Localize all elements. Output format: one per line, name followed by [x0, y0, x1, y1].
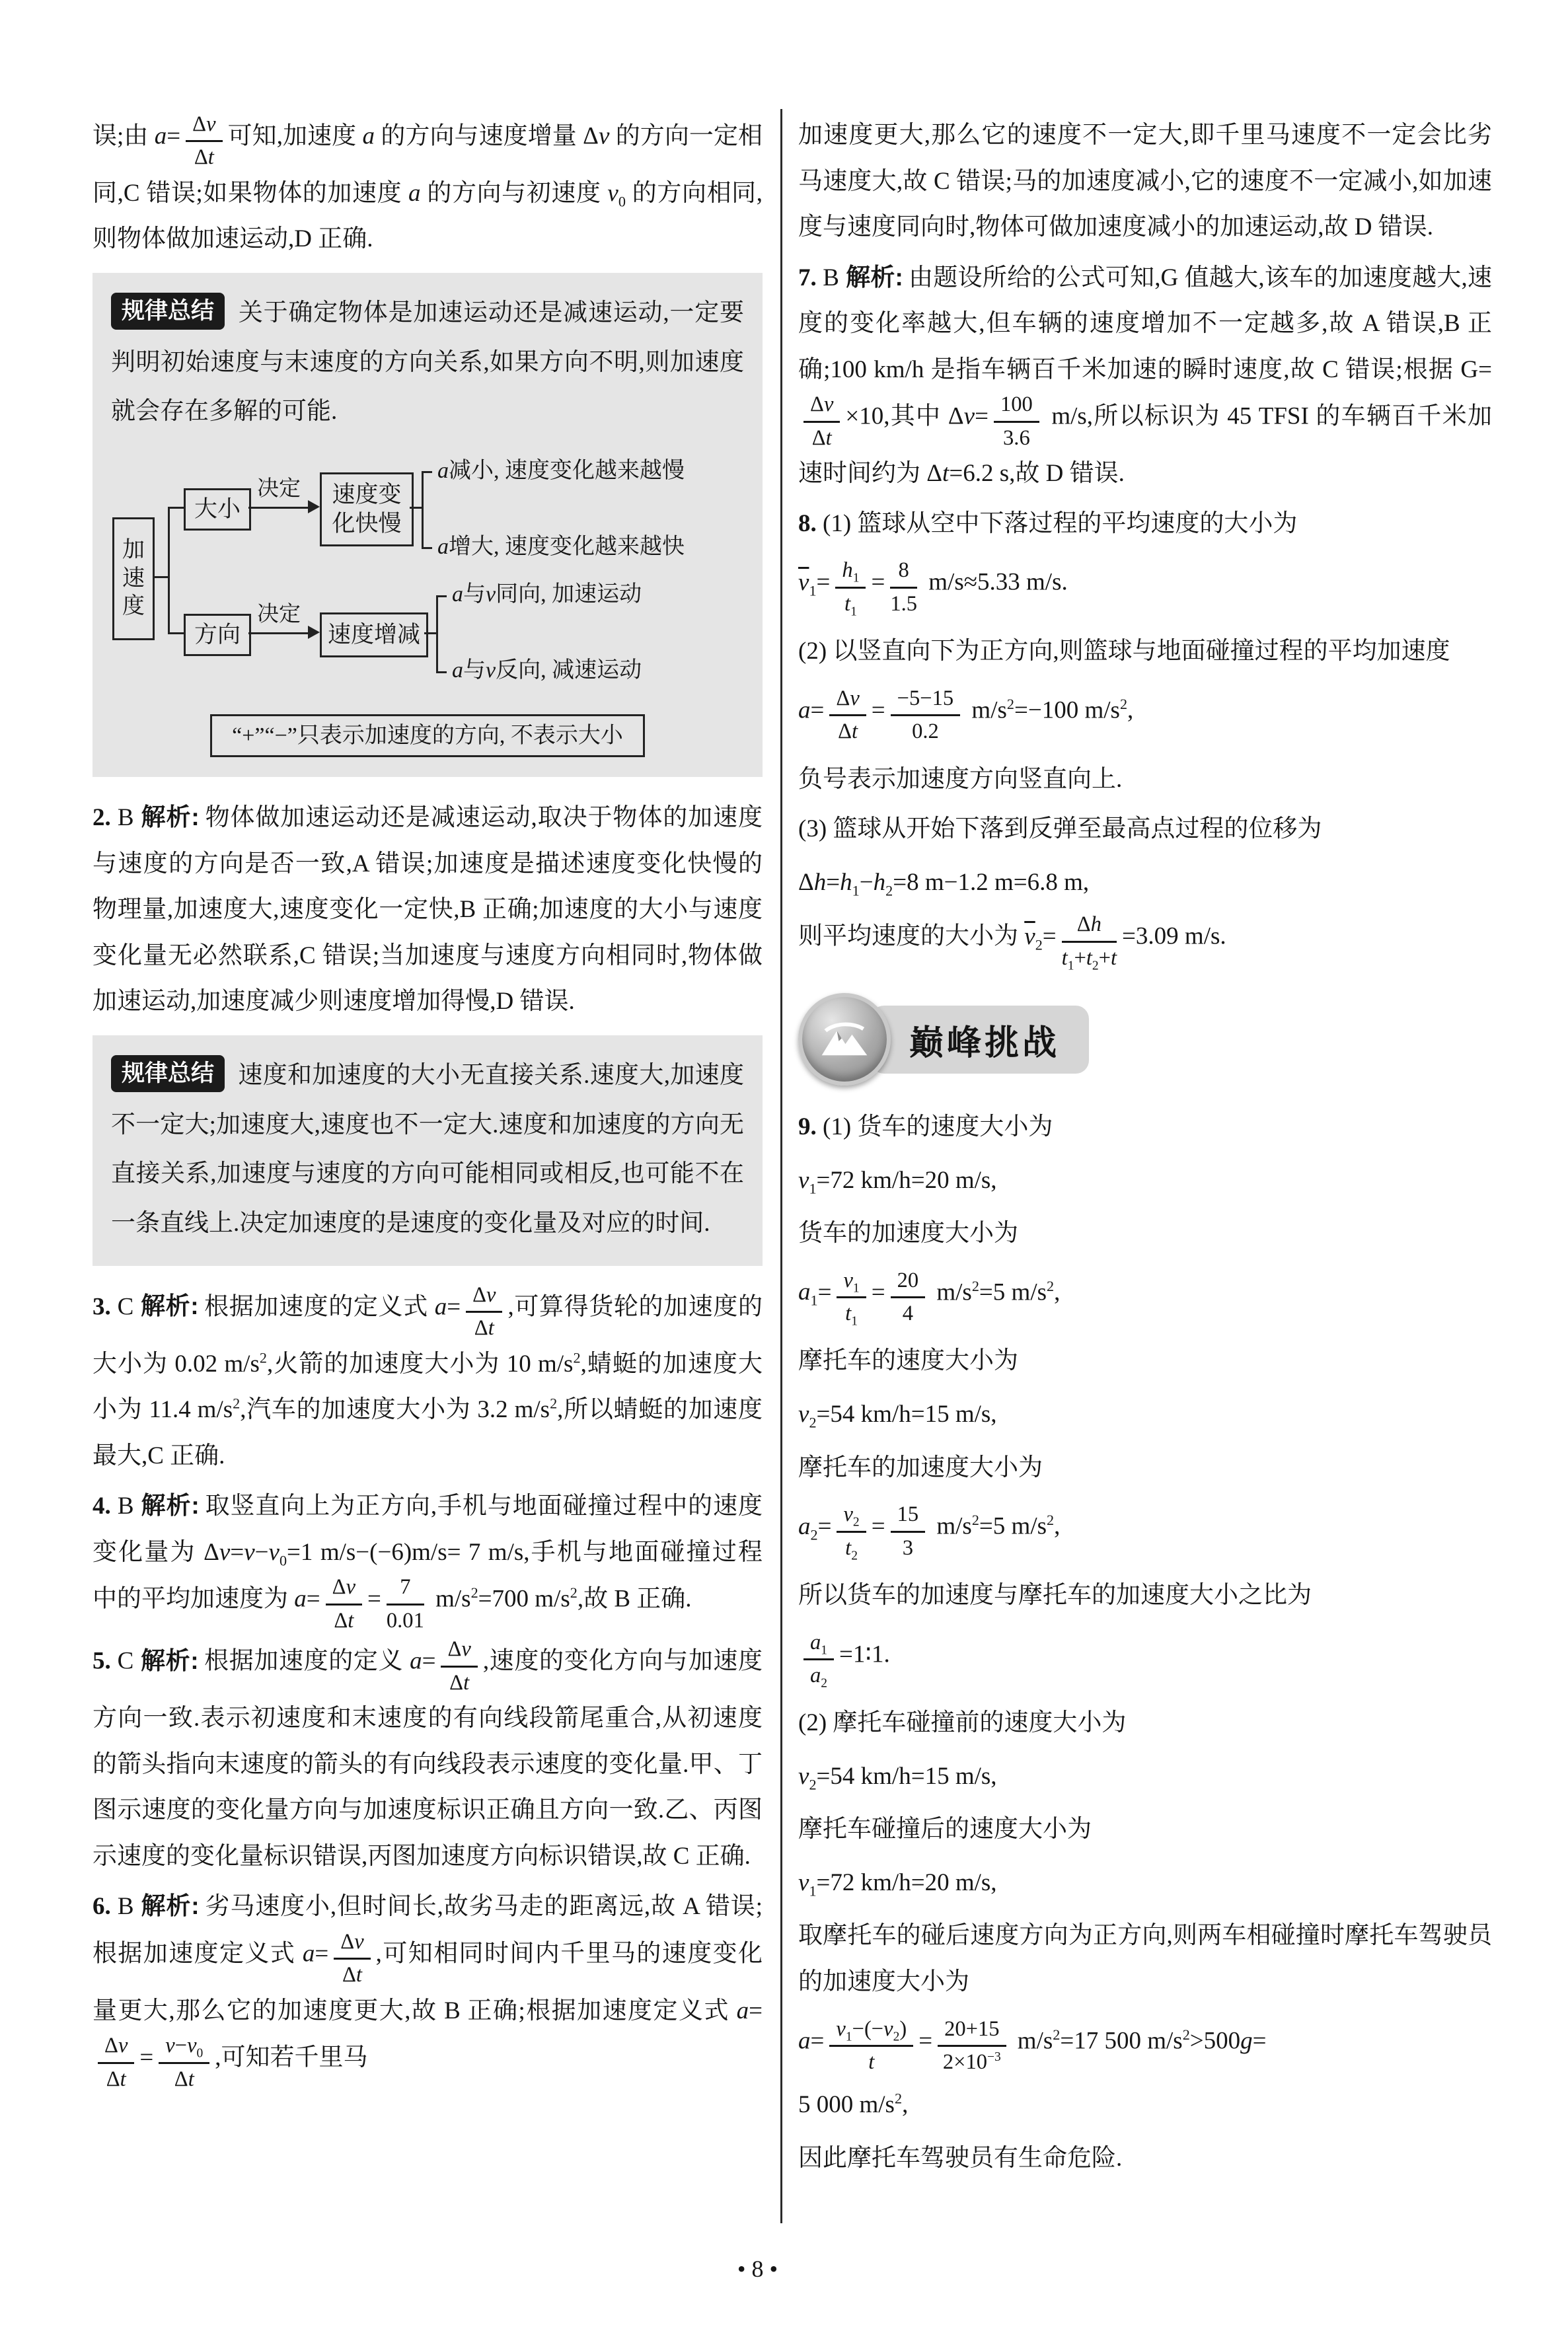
left-column: 误;由 a=ΔvΔt可知,加速度 a 的方向与速度增量 Δv 的方向一定相同,C…	[93, 112, 763, 2096]
text-run: m/s	[429, 1586, 471, 1613]
text-run: Δ	[447, 1637, 461, 1661]
superscript: 2	[1047, 1278, 1054, 1294]
connector-line	[422, 547, 432, 549]
text-run: a	[363, 123, 375, 150]
fraction: v1t1	[837, 1269, 866, 1327]
text-run: (3) 篮球从开始下落到反弹至最高点过程的位移为	[798, 815, 1322, 842]
text-run: 5 000 m/s	[798, 2091, 895, 2118]
text-run: 根据加速度的定义	[204, 1648, 410, 1675]
text-run: 反向, 减速运动	[496, 658, 642, 683]
solution-item-8-part3: (3) 篮球从开始下落到反弹至最高点过程的位移为	[798, 806, 1492, 852]
mountain-icon	[798, 993, 891, 1086]
text-run: Δ	[810, 392, 824, 416]
text-run: Δ	[340, 1930, 354, 1954]
text-run: =	[872, 696, 885, 723]
text-run: t	[188, 2067, 194, 2091]
analysis-label: 解析:	[141, 1492, 200, 1519]
text-run: 根据加速度的定义式	[204, 1293, 435, 1320]
text-run: =54 km/h=15 m/s,	[817, 1401, 997, 1428]
superscript: 2	[895, 2090, 902, 2107]
superscript: 2	[972, 1512, 979, 1528]
fraction: 20+152×10−3	[938, 2017, 1006, 2075]
text-run: Δ	[194, 145, 208, 169]
text-run: Δ	[342, 1963, 356, 1987]
paragraph: 摩托车碰撞后的速度大小为	[798, 1806, 1492, 1853]
text-run: v	[118, 2034, 128, 2057]
diagram-root-node: 加 速 度	[112, 517, 155, 640]
diagram-condition-node: 大小	[184, 488, 251, 531]
variable: t1	[845, 1302, 858, 1325]
equation: a2=v2t2=153 m/s2=5 m/s2,	[798, 1502, 1492, 1561]
paragraph: 摩托车的加速度大小为	[798, 1445, 1492, 1491]
text-run: (1) 篮球从空中下落过程的平均速度的大小为	[817, 510, 1298, 537]
paragraph: 因此摩托车驾驶员有生命危险.	[798, 2135, 1492, 2182]
diagram-result-node: 速度变 化快慢	[320, 472, 414, 546]
text-run: −	[175, 2034, 187, 2057]
fraction: ΔvΔt	[829, 686, 866, 745]
diagram-outcome: a与v同向, 加速运动	[452, 580, 642, 609]
text-run: =700 m/s	[478, 1586, 570, 1613]
text-run: v	[244, 1539, 254, 1566]
variable: a1	[798, 1278, 818, 1306]
fraction: ΔvΔt	[334, 1930, 370, 1988]
text-run: a	[410, 1648, 422, 1675]
text-run: =	[872, 1278, 885, 1306]
text-run: −	[860, 869, 874, 896]
text-run: v	[486, 658, 496, 683]
text-run: =	[818, 1278, 832, 1306]
diagram-condition-node: 方向	[184, 614, 251, 656]
equation: v1=h1t1=81.5 m/s≈5.33 m/s.	[798, 558, 1492, 616]
text-run: t	[1111, 946, 1117, 970]
superscript: 2	[972, 1278, 979, 1294]
text-run: 0.2	[912, 720, 939, 743]
text-run: ,速度的变化方向与加速度方向一致.表示初速度和末速度的有向线段箭尾重合,从初速度…	[93, 1648, 763, 1870]
text-run: =6.2 s,故 D 错误.	[949, 460, 1125, 487]
text-run: h	[814, 869, 827, 896]
text-run: a	[437, 459, 449, 483]
paragraph: 摩托车的速度大小为	[798, 1338, 1492, 1384]
equation: a1a2=1∶1.	[798, 1631, 1492, 1689]
analysis-label: 解析:	[846, 264, 903, 291]
text-run: (1) 货车的速度大小为	[817, 1113, 1053, 1140]
text-run: =	[1043, 923, 1057, 950]
text-run: −5−15	[897, 686, 954, 710]
variable: a2	[810, 1664, 827, 1687]
equation: a=ΔvΔt=−5−150.2 m/s2=−100 m/s2,	[798, 686, 1492, 745]
text-run: a	[798, 2027, 811, 2054]
text-run: C	[111, 1293, 134, 1320]
equation: a=v1−(−v2)t=20+152×10−3 m/s2=17 500 m/s2…	[798, 2017, 1492, 2075]
text-run: 8.	[798, 510, 817, 537]
variable: t1	[1062, 946, 1074, 970]
text-run: Δ	[474, 1316, 488, 1340]
text-run: a	[294, 1586, 307, 1613]
variable: t2	[1086, 946, 1099, 970]
fraction: v1−(−v2)t	[829, 2017, 913, 2075]
connector-line	[168, 507, 170, 634]
superscript: 2	[573, 1349, 580, 1366]
fraction: ΔvΔt	[466, 1283, 502, 1341]
variable: t2	[845, 1536, 858, 1560]
text-run: 15	[897, 1502, 919, 1526]
text-run: =	[872, 1513, 885, 1540]
text-run: m/s	[1012, 2027, 1053, 2054]
text-run: v	[219, 1539, 230, 1566]
text-run: Δ	[334, 1609, 348, 1633]
text-run: =	[307, 1586, 320, 1613]
equation: v2=54 km/h=15 m/s,	[798, 1396, 1492, 1433]
text-run: t	[488, 1316, 494, 1340]
text-run: 7	[400, 1575, 410, 1599]
connector-line	[168, 507, 184, 509]
text-run: =3.09 m/s.	[1122, 923, 1226, 950]
connector-line	[422, 471, 432, 473]
solution-item-9-part1: 9. (1) 货车的速度大小为	[798, 1104, 1492, 1150]
variable: h2	[874, 869, 893, 896]
text-run: 2×10	[943, 2050, 987, 2074]
variable: h1	[842, 558, 859, 582]
variable: v2	[798, 1763, 817, 1790]
superscript: 2	[550, 1395, 557, 1412]
text-run: 3	[903, 1536, 913, 1560]
solution-item-6: 6. B解析:劣马速度小,但时间长,故劣马走的距离远,故 A 错误;根据加速度定…	[93, 1883, 763, 2092]
superscript: −3	[987, 2050, 1001, 2064]
continuation-paragraph: 误;由 a=ΔvΔt可知,加速度 a 的方向与速度增量 Δv 的方向一定相同,C…	[93, 112, 763, 262]
connector-line	[422, 471, 424, 549]
connector-line	[436, 595, 447, 597]
paragraph: 取摩托车的碰后速度方向为正方向,则两车相碰撞时摩托车驾驶员的加速度大小为	[798, 1913, 1492, 2005]
text-run: a	[798, 696, 811, 723]
solution-item-3: 3. C解析:根据加速度的定义式 a=ΔvΔt,可算得货轮的加速度的大小为 0.…	[93, 1283, 763, 1479]
text-run: 4	[903, 1302, 913, 1325]
text-run: −(−	[852, 2017, 884, 2041]
right-column: 加速度更大,那么它的速度不一定大,即千里马速度不一定会比劣马速度大,故 C 错误…	[798, 112, 1492, 2185]
connector-line	[153, 576, 169, 578]
superscript: 2	[1120, 696, 1127, 712]
rule-summary-1: 规律总结关于确定物体是加速运动还是减速运动,一定要判明初始速度与末速度的方向关系…	[93, 273, 763, 777]
fraction: Δht1+t2+t	[1062, 912, 1117, 971]
arrowhead-icon	[308, 500, 320, 513]
fraction: 81.5	[890, 558, 917, 616]
text-run: ,火箭的加速度大小为 10 m/s	[267, 1350, 574, 1378]
text-run: 2.	[93, 804, 111, 831]
text-run: =	[1253, 2027, 1267, 2054]
text-run: Δ	[174, 2067, 188, 2091]
text-run: ,	[1054, 1278, 1060, 1306]
solution-item-4: 4. B解析:取竖直向上为正方向,手机与地面碰撞过程中的速度变化量为 Δv=v−…	[93, 1483, 763, 1633]
text-run: B	[111, 1493, 134, 1520]
arrowhead-icon	[308, 626, 320, 639]
solution-item-5: 5. C解析:根据加速度的定义 a=ΔvΔt,速度的变化方向与加速度方向一致.表…	[93, 1637, 763, 1879]
summary-label: 规律总结	[111, 293, 225, 330]
connector-line	[436, 671, 447, 673]
text-run: g	[1240, 2027, 1253, 2054]
text-run: 摩托车的速度大小为	[798, 1347, 1018, 1374]
page-number: • 8 •	[0, 2255, 1542, 2283]
diagram-result-node: 速度增减	[320, 612, 428, 657]
text-run: ,故 B 正确.	[578, 1586, 692, 1613]
flow-diagram: 加 速 度大小方向速度变 化快慢速度增减决定决定a减小, 速度变化越来越慢a增大…	[111, 455, 744, 694]
variable: h1	[840, 869, 860, 896]
text-run: =17 500 m/s	[1060, 2027, 1182, 2054]
variable: a1	[810, 1631, 827, 1654]
equation: v1=72 km/h=20 m/s,	[798, 1162, 1492, 1199]
variable: a2	[798, 1513, 818, 1540]
text-run: Δ	[1077, 912, 1091, 936]
text-run: t	[852, 720, 858, 743]
variable: v1	[798, 1167, 817, 1194]
equation: v2=54 km/h=15 m/s,	[798, 1758, 1492, 1795]
text-run: >500	[1190, 2027, 1240, 2054]
text-run: =	[826, 869, 840, 896]
variable: t1	[844, 592, 857, 616]
equation: 则平均速度的大小为 v2=Δht1+t2+t=3.09 m/s.	[798, 912, 1492, 971]
text-run: =	[918, 2027, 932, 2054]
text-run: 增大, 速度变化越来越快	[449, 535, 685, 559]
text-run: =	[367, 1586, 381, 1613]
text-run: 8	[899, 558, 909, 582]
text-run: t	[463, 1671, 469, 1695]
text-run: 20	[897, 1269, 919, 1292]
text-run: B	[111, 804, 134, 831]
paragraph: 所以货车的加速度与摩托车的加速度大小之比为	[798, 1572, 1492, 1619]
text-run: 取摩托车的碰后速度方向为正方向,则两车相碰撞时摩托车驾驶员的加速度大小为	[798, 1922, 1492, 1995]
analysis-label: 解析:	[141, 1892, 200, 1919]
fraction: ΔvΔt	[803, 392, 840, 451]
continuation-paragraph: 加速度更大,那么它的速度不一定大,即千里马速度不一定会比劣马速度大,故 C 错误…	[798, 112, 1492, 250]
text-run: v	[850, 686, 859, 710]
text-run: Δ	[798, 869, 814, 896]
text-run: (2) 摩托车碰撞前的速度大小为	[798, 1709, 1126, 1736]
text-run: a	[437, 535, 449, 559]
text-run: v	[461, 1637, 470, 1661]
superscript: 2	[1047, 1512, 1054, 1528]
rule-summary-2: 规律总结速度和加速度的大小无直接关系.速度大,加速度不一定大;加速度大,速度也不…	[93, 1035, 763, 1266]
solution-item-8-part1: 8. (1) 篮球从空中下落过程的平均速度的大小为	[798, 501, 1492, 547]
text-run: Δ	[836, 686, 850, 710]
text-run: Δ	[106, 2067, 120, 2091]
text-run: =	[749, 1997, 763, 2024]
text-run: Δ	[104, 2034, 118, 2057]
text-run: t	[942, 460, 949, 487]
text-run: 3.	[93, 1293, 111, 1320]
text-run: 7.	[798, 264, 817, 291]
arrow-label: 决定	[248, 475, 309, 503]
text-run: (2) 以竖直向下为正方向,则篮球与地面碰撞过程的平均加速度	[798, 638, 1450, 665]
equation: a1=v1t1=204 m/s2=5 m/s2,	[798, 1269, 1492, 1327]
text-run: m/s	[930, 1278, 972, 1306]
diagram-outcome: a减小, 速度变化越来越慢	[437, 457, 685, 486]
text-run: t	[356, 1963, 362, 1987]
fraction: ΔvΔt	[441, 1637, 477, 1695]
text-run: =8 m−1.2 m=6.8 m,	[893, 869, 1089, 896]
superscript: 2	[1183, 2026, 1190, 2043]
text-run: =	[811, 696, 825, 723]
equation: Δh=h1−h2=8 m−1.2 m=6.8 m,	[798, 864, 1492, 901]
text-run: =	[818, 1513, 832, 1540]
text-run: Δ	[472, 1283, 486, 1307]
text-run: 4.	[93, 1493, 111, 1520]
solution-item-7: 7. B解析:由题设所给的公式可知,G 值越大,该车的加速度越大,速度的变化率越…	[798, 254, 1492, 497]
text-run: Δ	[812, 426, 826, 450]
text-run: 的方向与初速度	[421, 180, 608, 207]
connector-line	[436, 595, 438, 673]
text-run: a	[155, 123, 167, 150]
text-run: 1.5	[890, 592, 917, 616]
text-run: “+”“−”只表示加速度的方向, 不表示大小	[232, 723, 623, 748]
text-run: =	[422, 1648, 436, 1675]
diagram-note: “+”“−”只表示加速度的方向, 不表示大小	[210, 714, 645, 757]
diagram-outcome: a与v反向, 减速运动	[452, 656, 642, 685]
fraction: ΔvΔt	[186, 112, 222, 170]
analysis-label: 解析:	[140, 1292, 198, 1319]
text-run: 物体做加速运动还是减速运动,取决于物体的加速度与速度的方向是否一致,A 错误;加…	[93, 804, 763, 1015]
text-run: 20+15	[944, 2017, 999, 2041]
fraction: 153	[891, 1502, 926, 1561]
text-run: 0.01	[387, 1609, 424, 1633]
summary-label: 规律总结	[111, 1055, 225, 1092]
equation: v1=72 km/h=20 m/s,	[798, 1864, 1492, 1901]
superscript: 2	[570, 1585, 578, 1602]
fraction: ΔvΔt	[98, 2034, 134, 2092]
text-run: ,汽车的加速度大小为 3.2 m/s	[240, 1396, 550, 1423]
text-run: v	[486, 1283, 496, 1307]
text-run: 加速度更大,那么它的速度不一定大,即千里马速度不一定会比劣马速度大,故 C 错误…	[798, 122, 1492, 240]
variable: v1	[798, 569, 817, 596]
text-run: 摩托车的加速度大小为	[798, 1454, 1043, 1481]
variable: v1	[798, 1869, 817, 1896]
superscript: 2	[1007, 696, 1014, 712]
text-run: )	[899, 2017, 907, 2041]
text-run: a	[452, 658, 463, 683]
text-run: v	[346, 1575, 355, 1599]
text-run: m/s≈5.33 m/s.	[922, 569, 1068, 596]
text-run: t	[348, 1609, 354, 1633]
text-run: =72 km/h=20 m/s,	[817, 1167, 997, 1194]
badge-title: 巅峰挑战	[871, 1006, 1089, 1074]
fraction: h1t1	[835, 558, 866, 616]
variable: v2	[843, 1502, 859, 1526]
text-run: a	[737, 1997, 749, 2024]
solution-item-2: 2. B解析:物体做加速运动还是减速运动,取决于物体的加速度与速度的方向是否一致…	[93, 794, 763, 1025]
text-run: B	[817, 264, 839, 291]
text-run: 的方向与速度增量 Δ	[375, 123, 599, 150]
text-run: v	[486, 582, 496, 607]
text-run: v	[354, 1930, 363, 1954]
text-run: 负号表示加速度方向竖直向上.	[798, 766, 1122, 793]
paragraph: 负号表示加速度方向竖直向上.	[798, 757, 1492, 803]
text-run: B	[111, 1893, 134, 1920]
text-run: =5 m/s	[979, 1513, 1047, 1540]
variable: v1	[836, 2017, 852, 2041]
text-run: m/s	[965, 696, 1007, 723]
diagram-outcome: a增大, 速度变化越来越快	[437, 533, 685, 562]
text-run: 货车的加速度大小为	[798, 1220, 1018, 1247]
fraction: v2t2	[837, 1502, 866, 1561]
text-run: =	[811, 2027, 825, 2054]
answer-page: 误;由 a=ΔvΔt可知,加速度 a 的方向与速度增量 Δv 的方向一定相同,C…	[0, 0, 1568, 2325]
variable: v0	[269, 1539, 287, 1566]
connector-line	[248, 632, 309, 634]
superscript: 2	[471, 1585, 478, 1602]
paragraph: 货车的加速度大小为	[798, 1210, 1492, 1257]
text-run: Δ	[449, 1671, 463, 1695]
text-run: 所以货车的加速度与摩托车的加速度大小之比为	[798, 1582, 1312, 1609]
text-run: t	[826, 426, 832, 450]
text-run: m/s	[930, 1513, 972, 1540]
solution-item-8-part2: (2) 以竖直向下为正方向,则篮球与地面碰撞过程的平均加速度	[798, 628, 1492, 675]
text-run: t	[208, 145, 214, 169]
text-run: 与	[463, 582, 486, 607]
text-run: =	[139, 2044, 153, 2071]
text-run: ,可知若千里马	[215, 2044, 367, 2071]
variable: v0	[187, 2034, 203, 2057]
fraction: v−v0Δt	[159, 2034, 209, 2092]
text-run: Δ	[838, 720, 852, 743]
text-run: =−100 m/s	[1014, 696, 1120, 723]
variable: v2	[798, 1401, 817, 1428]
text-run: 因此摩托车驾驶员有生命危险.	[798, 2145, 1122, 2172]
text-run: =	[315, 1940, 328, 1967]
text-run: =1∶1.	[839, 1641, 890, 1668]
text-run: −	[255, 1539, 269, 1566]
text-run: a	[452, 582, 463, 607]
text-run: 可知,加速度	[228, 123, 363, 150]
analysis-label: 解析:	[140, 1647, 198, 1674]
connector-line	[168, 632, 184, 634]
text-run: 同向, 加速运动	[496, 582, 642, 607]
superscript: 2	[260, 1349, 267, 1366]
text-run: 5.	[93, 1648, 111, 1675]
fraction: −5−150.2	[891, 686, 961, 745]
text-run: =	[871, 569, 885, 596]
connector-line	[248, 507, 309, 509]
text-run: v	[165, 2034, 174, 2057]
solution-item-9-part2: (2) 摩托车碰撞前的速度大小为	[798, 1700, 1492, 1746]
analysis-label: 解析:	[141, 803, 200, 830]
text-run: v	[964, 403, 975, 430]
variable: v0	[607, 180, 626, 207]
text-run: =54 km/h=15 m/s,	[817, 1763, 997, 1790]
superscript: 2	[1053, 2026, 1060, 2043]
text-run: +	[1074, 946, 1086, 970]
text-run: =5 m/s	[979, 1278, 1047, 1306]
text-run: t	[120, 2067, 126, 2091]
fraction: 70.01	[387, 1575, 424, 1633]
text-run: =	[447, 1293, 461, 1320]
text-run: C	[111, 1648, 134, 1675]
text-run: 误;由	[93, 123, 155, 150]
text-run: v	[206, 112, 215, 136]
text-run: 减小, 速度变化越来越慢	[449, 459, 685, 483]
text-run: ,	[1127, 696, 1133, 723]
equation: 5 000 m/s2,	[798, 2086, 1492, 2123]
variable: v1	[843, 1269, 859, 1292]
text-run: v	[824, 392, 833, 416]
text-run: =72 km/h=20 m/s,	[817, 1869, 997, 1896]
text-run: 则平均速度的大小为	[798, 923, 1024, 950]
text-run: ,	[1054, 1513, 1060, 1540]
text-run: =	[167, 123, 180, 150]
fraction: ΔvΔt	[326, 1575, 362, 1633]
text-run: =	[975, 403, 989, 430]
fraction: 204	[891, 1269, 926, 1327]
variable: v2	[883, 2017, 899, 2041]
text-run: =	[817, 569, 831, 596]
text-run: 100	[1000, 392, 1033, 416]
fraction: a1a2	[803, 1631, 834, 1689]
